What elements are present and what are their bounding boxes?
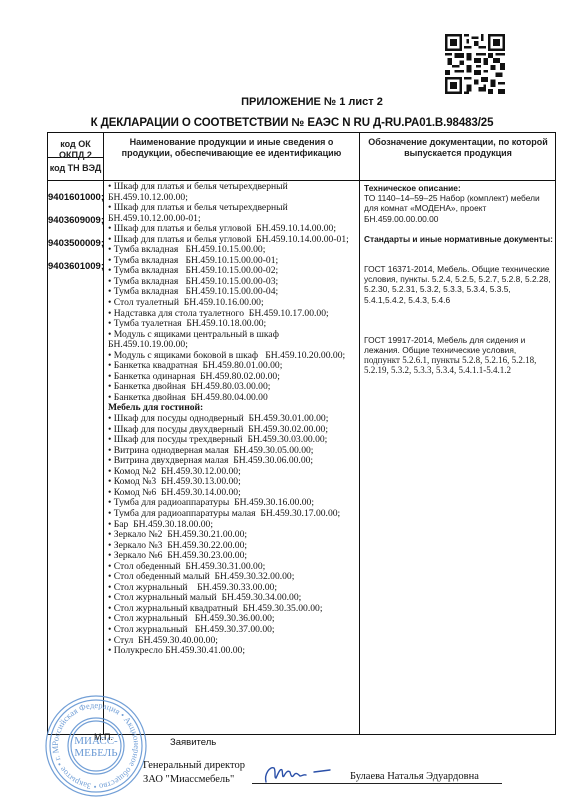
tnved-code: 9401601000; [48, 191, 103, 214]
applicant-label: Заявитель [170, 737, 216, 748]
header-product-name: Наименование продукции и иные сведения о… [104, 137, 359, 159]
products-table: код ОК ОКПД 2 код ТН ВЭД Наименование пр… [47, 132, 556, 735]
tnved-code: 9403500009; [48, 237, 103, 260]
list-item: • Шкаф для платья и белья четырехдверный… [108, 203, 358, 224]
gost-19917-head: ГОСТ 19917-2014, Мебель для сидения и ле… [364, 335, 554, 355]
gost-16371: ГОСТ 16371-2014, Мебель. Общие техническ… [364, 264, 554, 305]
signer-name: Булаева Наталья Эдуардовна [350, 771, 479, 782]
tech-description-label: Техническое описание: [364, 183, 554, 193]
documentation-column: Техническое описание: ТО 1140–14–59–25 Н… [364, 183, 554, 376]
gost-19917-tail: подпункт 5.2.6.1, пункты 5.2.8, 5.2.16, … [364, 355, 554, 375]
tnved-code: 9403601009; [48, 260, 103, 283]
list-item: • Стол журнальный БН.459.30.37.00.00; [108, 625, 358, 636]
list-item: • Полукресло БН.459.30.41.00.00; [108, 646, 358, 657]
tnved-codes: 9401601000; 9403609009; 9403500009; 9403… [48, 191, 103, 283]
qr-code-icon [445, 33, 505, 95]
company-stamp: Российская Федерация • Акционерное общес… [40, 692, 152, 800]
tech-description-text: ТО 1140–14–59–25 Набор (комплект) мебели… [364, 193, 554, 224]
standards-label: Стандарты и иные нормативные документы: [364, 234, 554, 244]
product-list: • Шкаф для платья и белья четырехдверный… [108, 182, 358, 657]
list-item: • Зеркало №2 БН.459.30.21.00.00; [108, 530, 358, 541]
list-item: • Стол туалетный БН.459.10.16.00.00; [108, 298, 358, 309]
list-item: • Шкаф для посуды однодверный БН.459.30.… [108, 414, 358, 425]
header-okpd-code: код ОК ОКПД 2 [48, 139, 103, 161]
svg-text:МЕБЕЛЬ: МЕБЕЛЬ [74, 747, 117, 759]
list-item: • Тумба для радиоаппаратуры малая БН.459… [108, 509, 358, 520]
header-tnved-code: код ТН ВЭД [48, 163, 103, 174]
column-divider [359, 133, 360, 734]
declaration-title: К ДЕКЛАРАЦИИ О СООТВЕТСТВИИ № ЕАЭС N RU … [0, 117, 566, 129]
header-documentation: Обозначение документации, по которой вып… [360, 137, 556, 159]
signer-position: Генеральный директор [143, 760, 245, 771]
company-name: ЗАО "Миассмебель" [143, 774, 234, 785]
signature-line [252, 783, 502, 784]
list-item: • Шкаф для платья и белья четырехдверный… [108, 182, 358, 203]
list-item: • Модуль с ящиками центральный в шкаф БН… [108, 330, 358, 351]
seal-placeholder: М.П. [94, 732, 113, 742]
tnved-code: 9403609009; [48, 214, 103, 237]
appendix-title: ПРИЛОЖЕНИЕ № 1 лист 2 [0, 96, 566, 108]
